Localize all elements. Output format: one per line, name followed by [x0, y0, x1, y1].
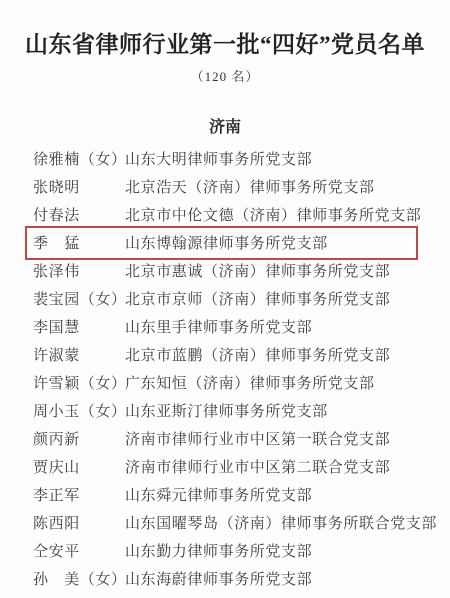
member-name: 张晓明	[33, 176, 125, 197]
member-row: 付春法 北京市中伦文德（济南）律师事务所党支部	[0, 200, 450, 228]
member-name: 李正军	[33, 484, 125, 505]
member-row: 裴宝园（女） 北京市京师（济南）律师事务所党支部	[0, 284, 450, 312]
document-page: 山东省律师行业第一批“四好”党员名单 （120 名） 济南 徐雅楠（女） 山东大…	[0, 0, 450, 598]
member-name: 贾庆山	[33, 456, 125, 477]
member-list: 徐雅楠（女） 山东大明律师事务所党支部 张晓明 北京浩天（济南）律师事务所党支部…	[0, 144, 450, 592]
member-name: 季 猛	[33, 232, 125, 253]
page-title: 山东省律师行业第一批“四好”党员名单	[0, 26, 450, 59]
member-row: 徐雅楠（女） 山东大明律师事务所党支部	[0, 144, 450, 172]
member-row: 颜丙新 济南市律师行业市中区第一联合党支部	[0, 424, 450, 452]
member-branch: 广东知恒（济南）律师事务所党支部	[125, 372, 375, 393]
member-row: 张晓明 北京浩天（济南）律师事务所党支部	[0, 172, 450, 200]
member-row: 仝安平 山东勤力律师事务所党支部	[0, 536, 450, 564]
member-branch: 山东海蔚律师事务所党支部	[125, 568, 312, 589]
member-row: 李正军 山东舜元律师事务所党支部	[0, 480, 450, 508]
section-header-jinan: 济南	[0, 114, 450, 137]
member-branch: 山东国曜琴岛（济南）律师事务所联合党支部	[125, 512, 437, 533]
member-row: 贾庆山 济南市律师行业市中区第二联合党支部	[0, 452, 450, 480]
member-name: 孙 美（女）	[33, 568, 125, 589]
member-branch: 山东勤力律师事务所党支部	[125, 540, 312, 561]
member-row: 张泽伟 北京市惠诚（济南）律师事务所党支部	[0, 256, 450, 284]
member-count: （120 名）	[0, 66, 450, 85]
member-name: 仝安平	[33, 540, 125, 561]
member-name: 付春法	[33, 204, 125, 225]
member-branch: 北京浩天（济南）律师事务所党支部	[125, 176, 375, 197]
member-branch: 济南市律师行业市中区第一联合党支部	[125, 428, 390, 449]
member-branch: 山东舜元律师事务所党支部	[125, 484, 312, 505]
member-branch: 山东亚斯汀律师事务所党支部	[125, 400, 328, 421]
member-branch: 北京市蓝鹏（济南）律师事务所党支部	[125, 344, 390, 365]
member-branch: 北京市京师（济南）律师事务所党支部	[125, 288, 390, 309]
member-name: 陈西阳	[33, 512, 125, 533]
member-branch: 山东大明律师事务所党支部	[125, 148, 312, 169]
member-row: 李国慧 山东里手律师事务所党支部	[0, 312, 450, 340]
member-name: 周小玉（女）	[33, 400, 125, 421]
member-branch: 北京市中伦文德（济南）律师事务所党支部	[125, 204, 421, 225]
member-name: 张泽伟	[33, 260, 125, 281]
member-branch: 山东博翰源律师事务所党支部	[125, 232, 328, 253]
member-branch: 济南市律师行业市中区第二联合党支部	[125, 456, 390, 477]
member-name: 许雪颖（女）	[33, 372, 125, 393]
member-row: 孙 美（女） 山东海蔚律师事务所党支部	[0, 564, 450, 592]
member-row-highlighted: 季 猛 山东博翰源律师事务所党支部	[0, 228, 450, 256]
member-name: 徐雅楠（女）	[33, 148, 125, 169]
member-name: 李国慧	[33, 316, 125, 337]
member-row: 许雪颖（女） 广东知恒（济南）律师事务所党支部	[0, 368, 450, 396]
member-name: 裴宝园（女）	[33, 288, 125, 309]
member-branch: 北京市惠诚（济南）律师事务所党支部	[125, 260, 390, 281]
member-name: 颜丙新	[33, 428, 125, 449]
member-name: 许淑蒙	[33, 344, 125, 365]
member-row: 陈西阳 山东国曜琴岛（济南）律师事务所联合党支部	[0, 508, 450, 536]
member-row: 周小玉（女） 山东亚斯汀律师事务所党支部	[0, 396, 450, 424]
member-row: 许淑蒙 北京市蓝鹏（济南）律师事务所党支部	[0, 340, 450, 368]
member-branch: 山东里手律师事务所党支部	[125, 316, 312, 337]
